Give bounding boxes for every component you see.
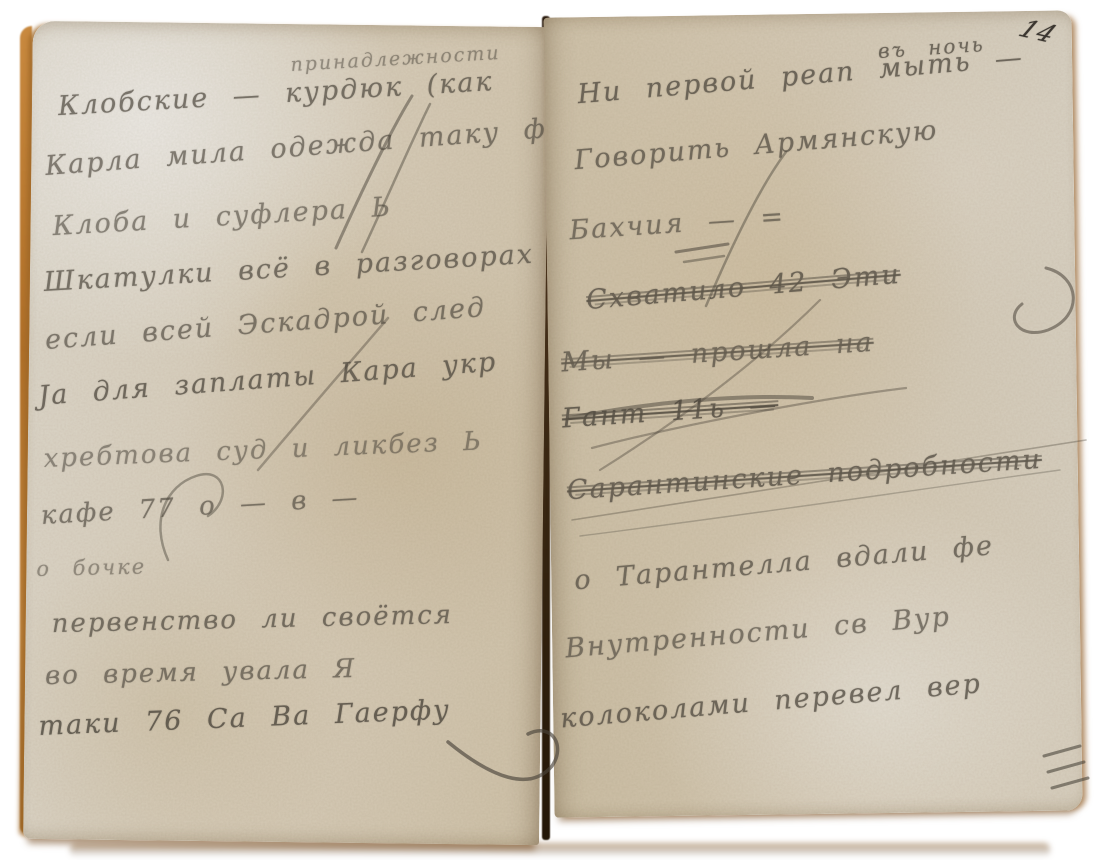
handwriting-line: Ja для заплаты Кара укр [37,347,498,412]
handwriting-line: о Тарантелла вдали фе [573,530,995,596]
handwriting-line: Шкатулки всё в разговорах [43,239,535,298]
handwriting-line: Карла мила одежда таку ф [44,113,548,182]
handwriting-line: первенство ли своётся [51,600,453,639]
left-page: принадлежности Клобские — курдюк (как Ка… [23,21,549,845]
handwriting-line: хребтова суд и ликбез Ь [43,426,483,474]
handwriting-line: Клобские — курдюк (как [57,66,494,122]
right-page: 14 въ ночь Ни первой реап мыть — Говорит… [543,10,1082,817]
handwriting-line: о бочке [36,554,146,580]
handwriting-line: во время увала Я [45,654,357,691]
handwriting-line: Внутренности св Вур [564,601,952,664]
handwriting-line-struck: Гант 11ь — [561,389,779,434]
notebook-spread: принадлежности Клобские — курдюк (как Ка… [0,0,1100,860]
handwriting-line: Ни первой реап мыть — [576,42,1025,110]
handwriting-line: Говорить Армянскую [573,115,939,176]
handwriting-line: если всей Эскадрой след [44,292,487,356]
manuscript-photo: принадлежности Клобские — курдюк (как Ка… [0,0,1100,860]
handwriting-line: колоколами перевел вер [559,668,983,734]
handwriting-line-struck: Схватило 42 Эти [585,259,902,316]
handwriting-line-struck: Сарантинские подробности [566,444,1043,506]
bottom-page-block-edge [70,843,1050,857]
handwriting-line-struck: Мы — прошла на [560,327,874,379]
handwriting-line: Бахчия — = [568,201,786,246]
handwriting-line: Клоба и суфлера Ь [52,192,393,243]
handwriting-line: кафе 77 о — в — [40,483,360,531]
handwriting-line: таки 76 Са Ва Гаерфу [38,694,452,742]
